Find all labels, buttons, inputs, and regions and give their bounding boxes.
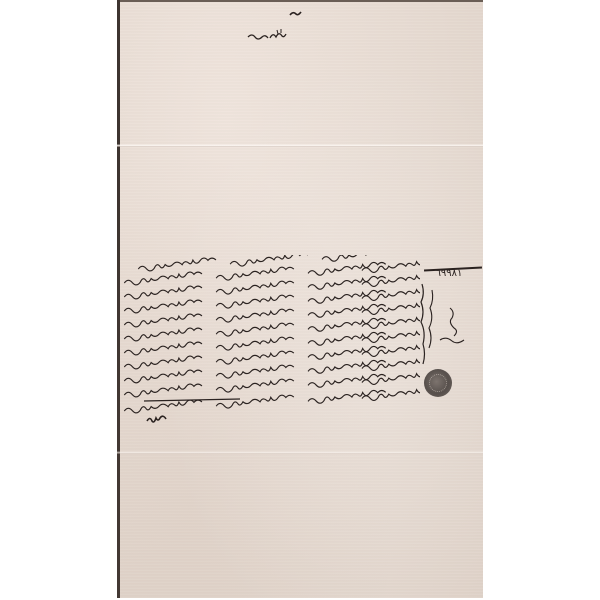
signature: [short cursive signature] [146, 414, 170, 424]
body-line-5 [124, 301, 420, 328]
page-marker: ٧ [288, 9, 304, 19]
document-heading: [illegible cursive heading line] [246, 28, 288, 42]
body-line-3 [124, 273, 420, 300]
body-line-10 [124, 371, 420, 398]
body-line-4 [124, 287, 420, 314]
closing-rule [144, 396, 244, 404]
body-line-6 [124, 315, 420, 342]
body-line-2 [124, 259, 420, 286]
body-line-8 [124, 343, 420, 370]
fold-line-lower [117, 451, 483, 454]
body-line-1 [138, 255, 400, 271]
fold-line-upper [117, 144, 483, 147]
margin-note: [vertical marginal annotation in cursive… [414, 280, 474, 370]
ink-seal: circular ink seal (stamp) [424, 369, 452, 397]
reference-number: ٦٩٩٨١ [424, 268, 474, 280]
body-line-9 [124, 357, 420, 384]
body-line-7 [124, 329, 420, 356]
